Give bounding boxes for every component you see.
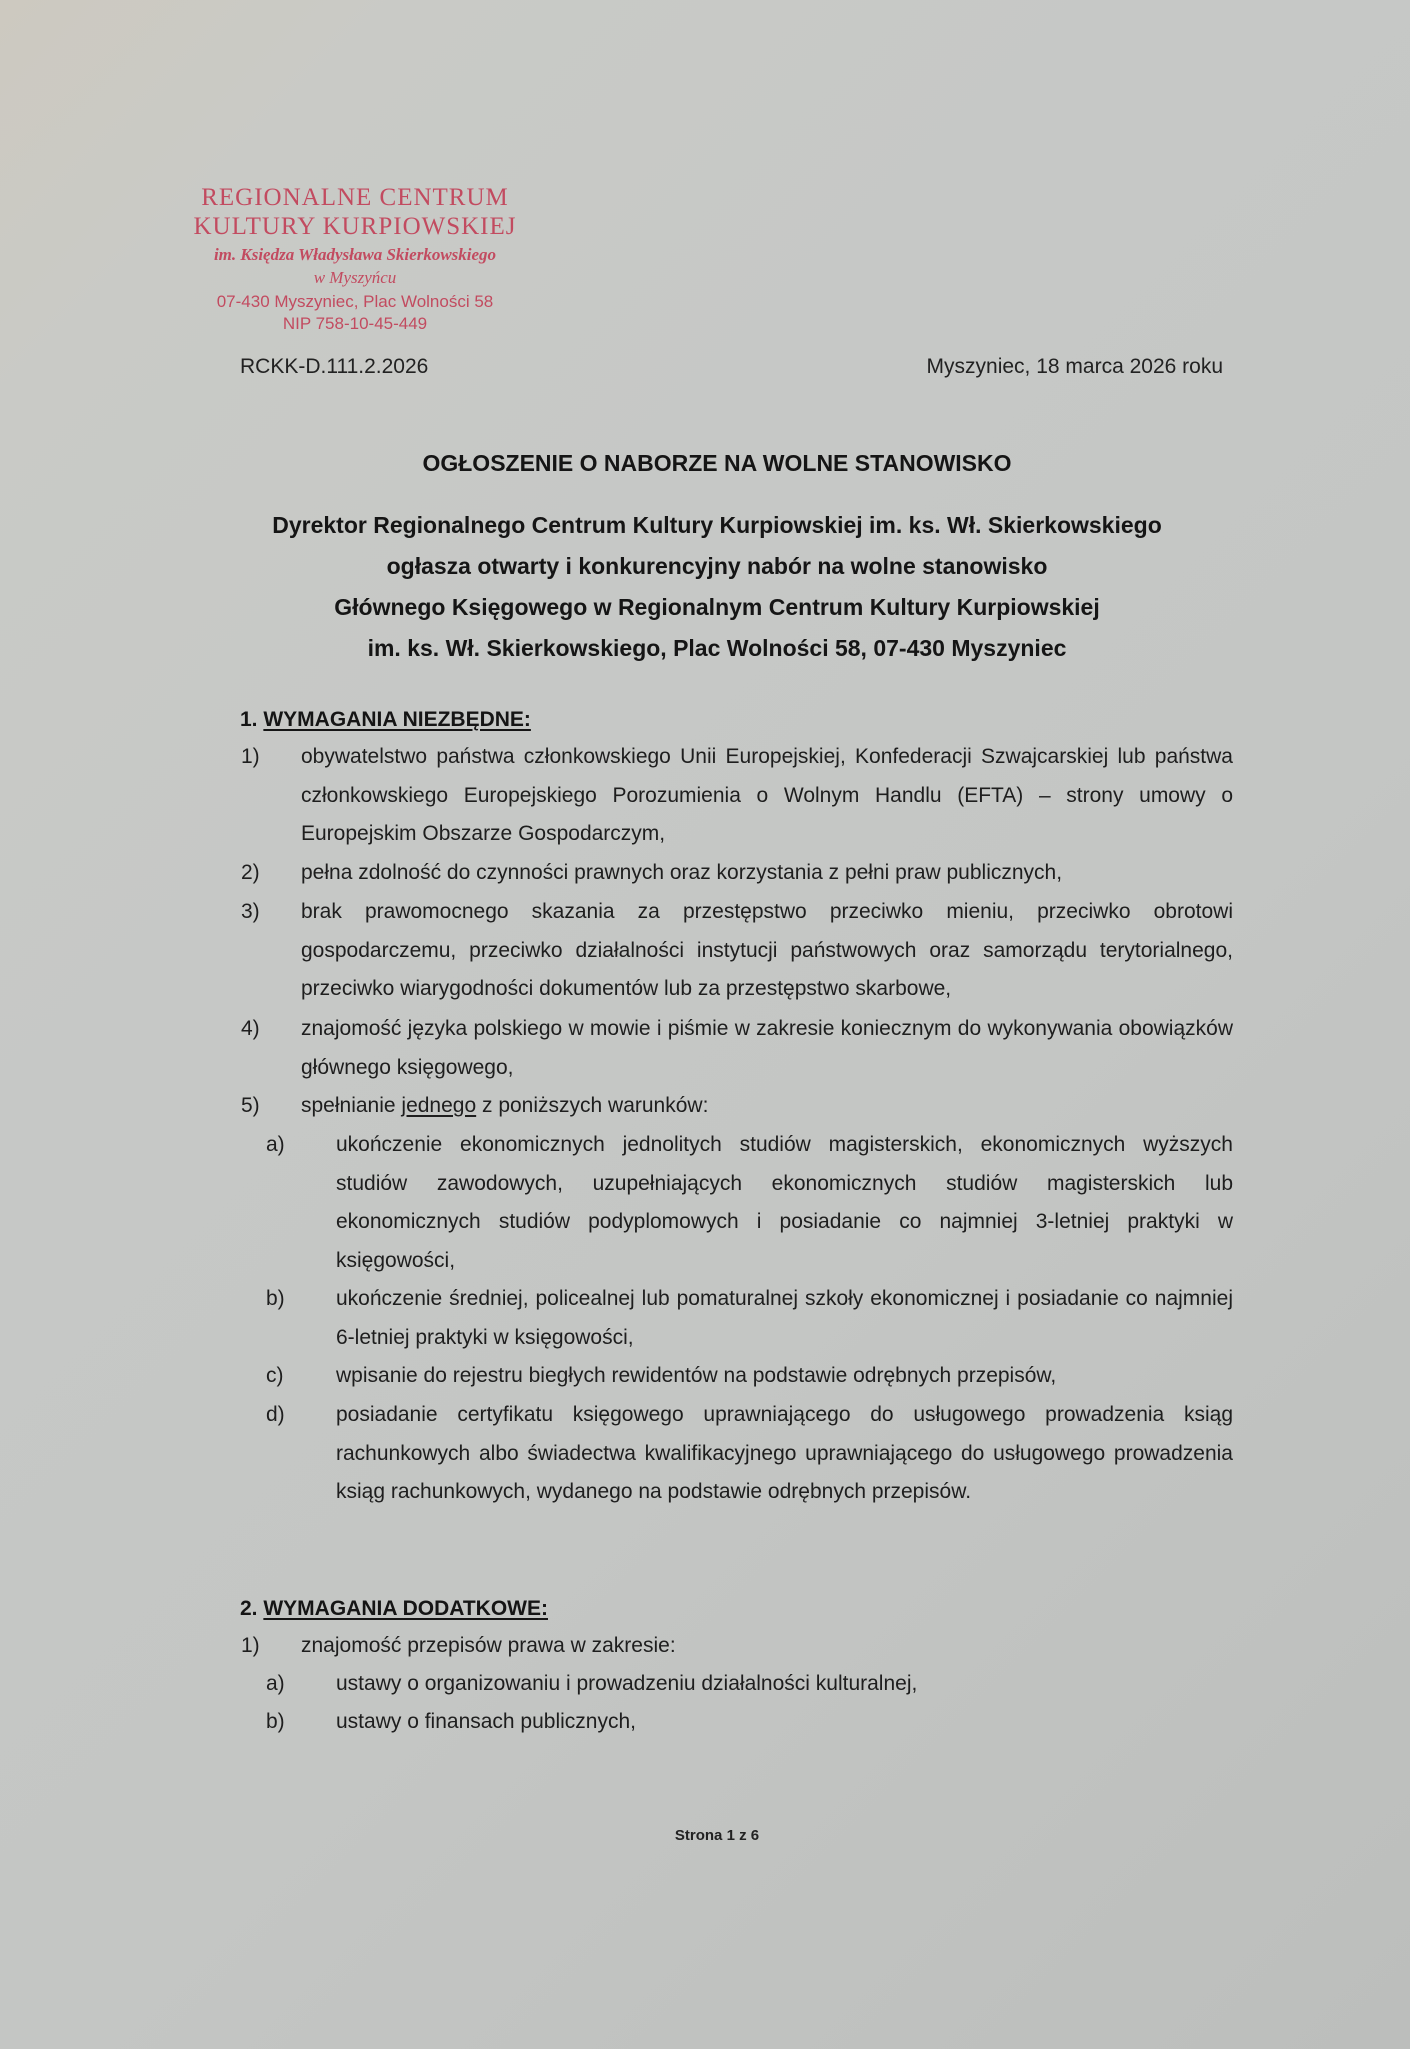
sub-list-item: a)ustawy o organizowaniu i prowadzeniu d…: [301, 1665, 1233, 1704]
item-letter: a): [301, 1665, 336, 1704]
sub-list-item: a)ukończenie ekonomicznych jednolitych s…: [301, 1126, 1233, 1280]
stamp-address: 07-430 Myszyniec, Plac Wolności 58: [160, 291, 550, 313]
sub-list-item: b)ukończenie średniej, policealnej lub p…: [301, 1280, 1233, 1357]
item-text: z poniższych warunków:: [476, 1094, 708, 1117]
item-text: ukończenie średniej, policealnej lub pom…: [336, 1287, 1233, 1349]
list-item: 4)znajomość języka polskiego w mowie i p…: [271, 1010, 1233, 1087]
document-page: REGIONALNE CENTRUM KULTURY KURPIOWSKIEJ …: [0, 0, 1410, 2049]
item-text: znajomość języka polskiego w mowie i piś…: [301, 1017, 1233, 1079]
place-and-date: Myszyniec, 18 marca 2026 roku: [927, 355, 1223, 379]
sub-list-item: c)wpisanie do rejestru biegłych rewident…: [301, 1357, 1233, 1396]
intro-line: Dyrektor Regionalnego Centrum Kultury Ku…: [24, 505, 1410, 546]
item-text: ustawy o organizowaniu i prowadzeniu dzi…: [336, 1672, 917, 1695]
document-reference: RCKK-D.111.2.2026: [240, 355, 428, 379]
item-text: pełna zdolność do czynności prawnych ora…: [301, 861, 1062, 884]
item-letter: a): [301, 1126, 336, 1165]
list-item: 2)pełna zdolność do czynności prawnych o…: [271, 854, 1233, 893]
section-title: WYMAGANIA DODATKOWE:: [263, 1597, 548, 1620]
stamp-nip: NIP 758-10-45-449: [160, 313, 550, 335]
item-number: 2): [271, 854, 301, 893]
section-number: 1.: [240, 708, 258, 731]
section-title: WYMAGANIA NIEZBĘDNE:: [263, 708, 531, 731]
item-letter: c): [301, 1357, 336, 1396]
emphasized-word: jednego: [401, 1094, 476, 1117]
stamp-line: w Myszyńcu: [160, 267, 550, 289]
item-number: 4): [271, 1010, 301, 1049]
item-text: ukończenie ekonomicznych jednolitych stu…: [336, 1133, 1233, 1272]
item-text: znajomość przepisów prawa w zakresie:: [301, 1634, 676, 1657]
page-number: Strona 1 z 6: [0, 1827, 1410, 1844]
item-text: ustawy o finansach publicznych,: [336, 1710, 636, 1733]
item-number: 3): [271, 893, 301, 932]
item-letter: b): [301, 1280, 336, 1319]
item-letter: d): [301, 1396, 336, 1435]
sub-list-item: b)ustawy o finansach publicznych,: [301, 1703, 1233, 1742]
stamp-line: REGIONALNE CENTRUM: [160, 183, 550, 212]
item-text: posiadanie certyfikatu księgowego uprawn…: [336, 1403, 1233, 1503]
list-item: 5)spełnianie jednego z poniższych warunk…: [271, 1087, 1233, 1126]
item-number: 5): [271, 1087, 301, 1126]
item-number: 1): [271, 1627, 301, 1666]
list-item: 3)brak prawomocnego skazania za przestęp…: [271, 893, 1233, 1009]
intro-line: ogłasza otwarty i konkurencyjny nabór na…: [24, 546, 1410, 587]
sub-list-item: d)posiadanie certyfikatu księgowego upra…: [301, 1396, 1233, 1512]
item-number: 1): [271, 738, 301, 777]
stamp-line: im. Księdza Władysława Skierkowskiego: [160, 243, 550, 267]
list-item: 1)obywatelstwo państwa członkowskiego Un…: [271, 738, 1233, 854]
item-letter: b): [301, 1703, 336, 1742]
announcement-intro: Dyrektor Regionalnego Centrum Kultury Ku…: [0, 505, 1410, 669]
institution-stamp: REGIONALNE CENTRUM KULTURY KURPIOWSKIEJ …: [160, 183, 550, 335]
intro-line: im. ks. Wł. Skierkowskiego, Plac Wolnośc…: [24, 628, 1410, 669]
intro-line: Głównego Księgowego w Regionalnym Centru…: [24, 587, 1410, 628]
section-heading-additional: 2. WYMAGANIA DODATKOWE:: [240, 1597, 548, 1621]
list-item: 1)znajomość przepisów prawa w zakresie:: [271, 1627, 1233, 1666]
item-text: wpisanie do rejestru biegłych rewidentów…: [336, 1364, 1056, 1387]
stamp-line: KULTURY KURPIOWSKIEJ: [160, 212, 550, 241]
document-title: OGŁOSZENIE O NABORZE NA WOLNE STANOWISKO: [0, 450, 1410, 477]
section-number: 2.: [240, 1597, 258, 1620]
section-heading-required: 1. WYMAGANIA NIEZBĘDNE:: [240, 708, 531, 732]
item-text: spełnianie: [301, 1094, 401, 1117]
item-text: obywatelstwo państwa członkowskiego Unii…: [301, 745, 1233, 845]
item-text: brak prawomocnego skazania za przestępst…: [301, 900, 1233, 1000]
